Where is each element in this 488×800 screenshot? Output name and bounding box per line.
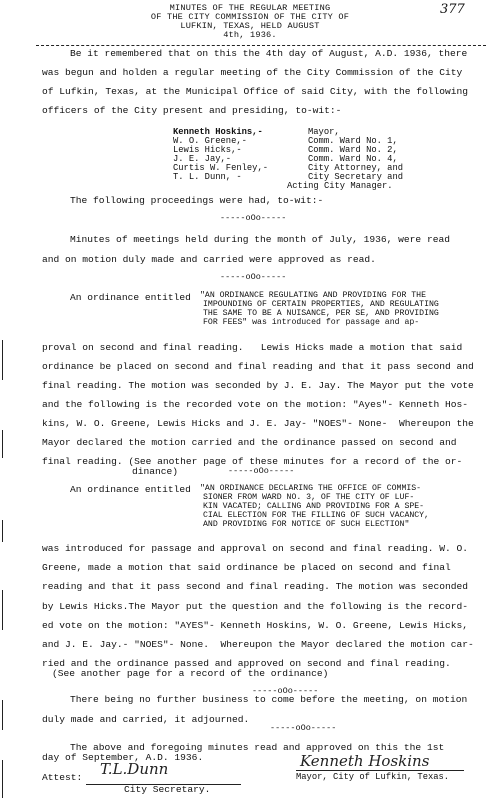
ordinance-1-body-line: kins, W. O. Greene, Lewis Hicks and J. E…: [42, 418, 474, 429]
adjournment-line-2: duly made and carried, it adjourned.: [42, 714, 249, 725]
scan-margin-mark: [2, 760, 3, 798]
ordinance-2-note: (See another page for a record of the or…: [52, 668, 328, 679]
ordinance-1-body-line: ordinance be placed on second and final …: [42, 361, 474, 372]
page-number: 377: [440, 2, 465, 17]
mayor-signature: Kenneth Hoskins: [300, 752, 429, 770]
header-divider: [36, 45, 486, 46]
ordinance-1-tail: dinance): [132, 466, 178, 477]
adjournment-line-1: There being no further business to come …: [70, 694, 467, 705]
scan-margin-mark: [2, 590, 3, 630]
ordinance-2-body-line: by Lewis Hicks.The Mayor put the questio…: [42, 601, 468, 612]
ordinance-1-title-line: FOR FEES" was introduced for passage and…: [203, 319, 419, 328]
opening-line-3: of Lufkin, Texas, at the Municipal Offic…: [42, 86, 468, 97]
ordinance-1-body-line: proval on second and final reading. Lewi…: [42, 342, 462, 353]
scan-margin-mark: [2, 520, 3, 542]
ordinance-2-body-line: was introduced for passage and approval …: [42, 543, 468, 554]
mayor-signature-line: [296, 770, 464, 771]
proceedings-intro: The following proceedings were had, to-w…: [70, 195, 323, 206]
ordinance-2-body-line: ed vote on the motion: "AYES"- Kenneth H…: [42, 620, 468, 631]
ordinance-2-body-line: and J. E. Jay.- "NOES"- None. Whereupon …: [42, 639, 474, 650]
opening-line-2: was begun and holden a regular meeting o…: [42, 67, 462, 78]
attest-label: Attest:: [42, 772, 82, 783]
mayor-title: Mayor, City of Lufkin, Texas.: [296, 772, 449, 782]
ordinance-1-body-line: and the following is the recorded vote o…: [42, 399, 468, 410]
ordinance-1-body-line: Mayor declared the motion carried and th…: [42, 437, 457, 448]
minutes-approval-line-2: and on motion duly made and carried were…: [42, 254, 376, 265]
roster-title: Acting City Manager.: [287, 182, 393, 191]
section-separator: -----oOo-----: [220, 213, 286, 223]
section-separator: -----oOo-----: [270, 723, 336, 733]
section-separator: -----oOo-----: [220, 272, 286, 282]
scan-margin-mark: [2, 700, 3, 730]
secretary-signature: T.L.Dunn: [100, 760, 168, 778]
roster-name: T. L. Dunn, -: [173, 173, 242, 182]
ordinance-2-body-line: Greene, made a motion that said ordinanc…: [42, 562, 451, 573]
opening-line-1: Be it remembered that on this the 4th da…: [70, 48, 467, 59]
ordinance-2-body-line: reading and that it pass second and fina…: [42, 581, 468, 592]
secretary-title: City Secretary.: [124, 784, 210, 795]
opening-line-4: officers of the City present and presidi…: [42, 105, 341, 116]
section-separator: -----oOo-----: [228, 466, 294, 476]
ordinance-2-lead: An ordinance entitled: [70, 484, 191, 495]
scan-margin-mark: [2, 340, 3, 380]
minutes-title-line-4: 4th, 1936.: [140, 30, 360, 40]
ordinance-1-body-line: final reading. The motion was seconded b…: [42, 380, 474, 391]
minutes-approval-line-1: Minutes of meetings held during the mont…: [70, 234, 450, 245]
ordinance-2-title-line: AND PROVIDING FOR NOTICE OF SUCH ELECTIO…: [203, 521, 409, 530]
ordinance-1-lead: An ordinance entitled: [70, 292, 191, 303]
scan-margin-mark: [2, 430, 3, 458]
